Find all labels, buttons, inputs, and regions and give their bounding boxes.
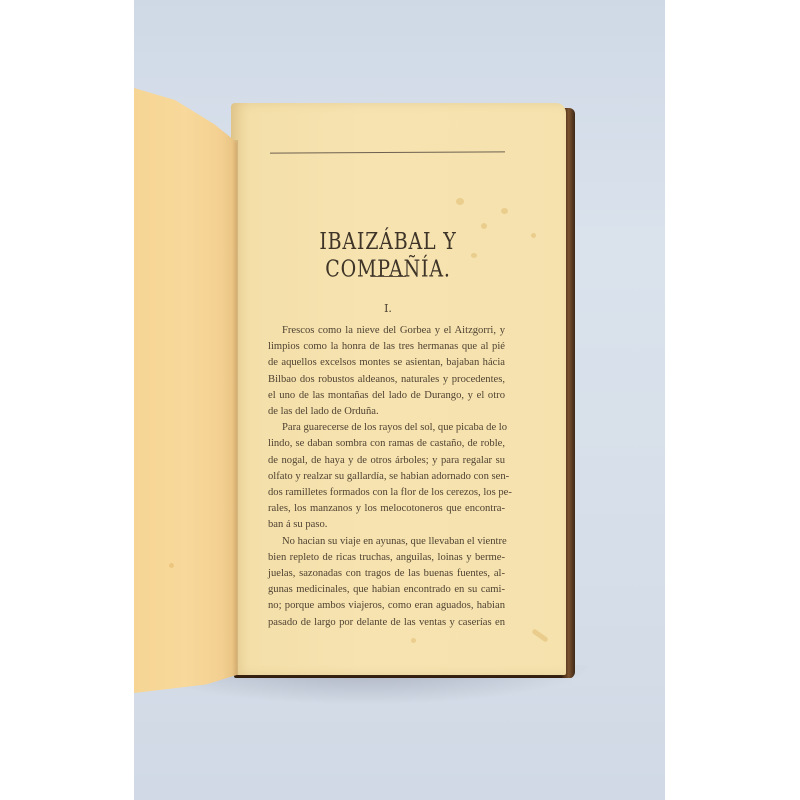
text-line: de las del lado de Orduña. (268, 404, 505, 420)
text-line: no; porque ambos viajeros, como eran agu… (268, 598, 505, 614)
text-line: gunas medicinales, que habian encontrado… (268, 582, 505, 598)
foxing-stain (169, 563, 174, 568)
foxing-stain (501, 208, 508, 214)
text-line: limpios como la honra de las tres herman… (268, 339, 505, 355)
text-line: pasado de largo por delante de las venta… (268, 615, 505, 631)
text-line: Frescos como la nieve del Gorbea y el Ai… (268, 323, 505, 339)
book-photo: IBAIZÁBAL Y COMPAÑÍA. I. Frescos como la… (134, 0, 665, 800)
foxing-stain (411, 638, 416, 643)
text-line: juelas, sazonadas con tragos de las buen… (268, 566, 505, 582)
chapter-number: I. (270, 302, 506, 315)
text-line: de nogal, de haya y de otros árboles; y … (268, 453, 505, 469)
text-line: No hacian su viaje en ayunas, que llevab… (268, 534, 505, 550)
page-title: IBAIZÁBAL Y COMPAÑÍA. (270, 228, 506, 283)
foxing-stain (531, 628, 549, 642)
paragraph-2: Para guarecerse de los rayos del sol, qu… (268, 420, 505, 533)
text-line: lindo, se daban sombra con ramas de cast… (268, 436, 505, 452)
paragraph-1: Frescos como la nieve del Gorbea y el Ai… (268, 323, 505, 420)
text-line: de aquellos excelsos montes se asientan,… (268, 355, 505, 371)
foxing-stain (531, 233, 536, 238)
text-line: Para guarecerse de los rayos del sol, qu… (268, 420, 505, 436)
text-line: ban á su paso. (268, 517, 505, 533)
foxing-stain (456, 198, 464, 205)
text-line: rales, los manzanos y los melocotoneros … (268, 501, 505, 517)
text-line: bien repleto de ricas truchas, anguilas,… (268, 550, 505, 566)
text-line: Bilbao dos robustos aldeanos, naturales … (268, 372, 505, 388)
left-page-shadow (232, 140, 238, 675)
title-divider (371, 276, 406, 277)
body-text: Frescos como la nieve del Gorbea y el Ai… (268, 323, 505, 631)
text-line: dos ramilletes formados con la flor de l… (268, 485, 505, 501)
left-page-curled (134, 88, 237, 693)
paragraph-3: No hacian su viaje en ayunas, que llevab… (268, 534, 505, 631)
text-line: olfato y realzar su gallardía, se habian… (268, 469, 505, 485)
text-line: el uno de las montañas del lado de Duran… (268, 388, 505, 404)
